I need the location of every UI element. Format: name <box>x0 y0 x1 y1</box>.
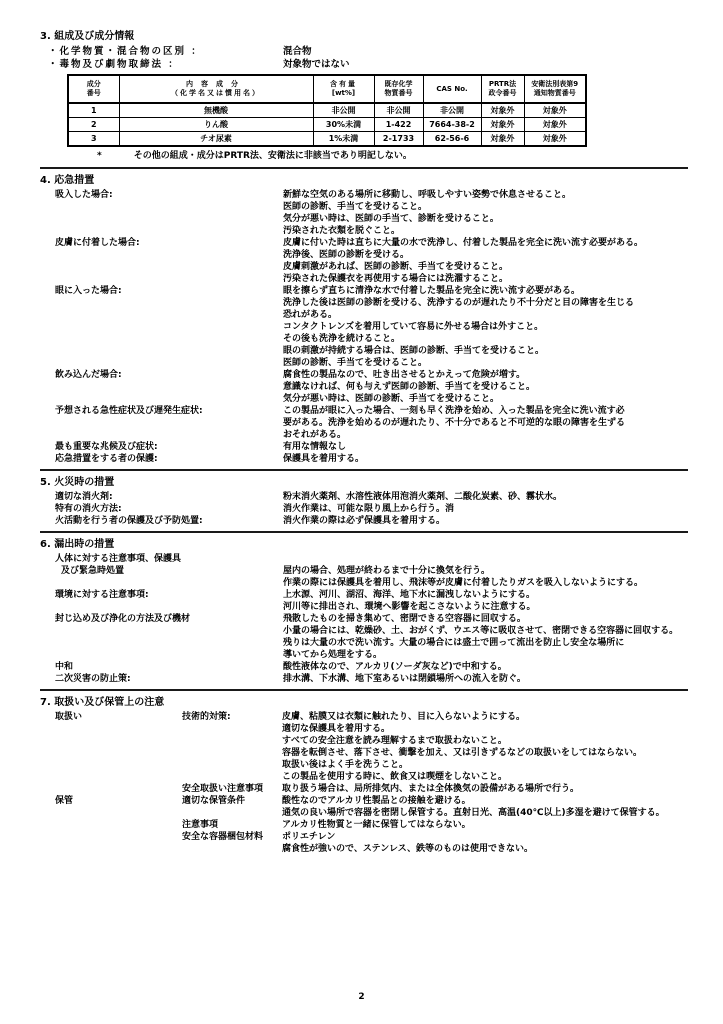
content-line: 意識なければ、何も与えず医師の診断、手当てを受けること。 <box>283 381 688 393</box>
content-line: 気分が悪い時は、医師の診断、手当てを受けること。 <box>283 393 688 405</box>
handling-category <box>40 831 182 855</box>
handling-row: 保管適切な保管条件酸性なのでアルカリ性製品との接触を避ける。通気の良い場所で容器… <box>40 795 688 819</box>
content-line: すべての安全注意を読み理解するまで取扱わないこと。 <box>282 735 688 747</box>
content-line: おそれがある。 <box>283 429 688 441</box>
header-line-1: 含有量 <box>314 80 374 89</box>
field-row: 人体に対する注意事項、保護具 <box>40 553 688 565</box>
field-label: 火活動を行う者の保護及び予防処置: <box>40 515 283 527</box>
handling-row: 注意事項アルカリ性物質と一緒に保管してはならない。 <box>40 819 688 831</box>
section-divider <box>40 531 688 533</box>
field-row: 眼に入った場合:眼を擦らず直ちに清浄な水で付着した製品を完全に洗い流す必要がある… <box>40 285 688 369</box>
content-line: 保護具を着用する。 <box>283 453 688 465</box>
composition-table-body: 1無機酸非公開非公開非公開対象外対象外2りん酸30%未満1-4227664-38… <box>68 103 586 146</box>
field-label: 環境に対する注意事項: <box>40 589 283 613</box>
handling-content: ポリエチレン腐食性が強いので、ステンレス、鉄等のものは使用できない。 <box>282 831 688 855</box>
table-cell: 2-1733 <box>374 132 423 147</box>
table-cell: 3 <box>68 132 119 147</box>
content-line: 取り扱う場合は、局所排気内、または全体換気の設備がある場所で行う。 <box>282 783 688 795</box>
handling-content: 酸性なのでアルカリ性製品との接触を避ける。通気の良い場所で容器を密閉し保管する。… <box>282 795 688 819</box>
field-content: 上水源、河川、湖沼、海洋、地下水に漏洩しないようにする。河川等に排出され、環境へ… <box>283 589 688 613</box>
content-line: 残りは大量の水で洗い流す。大量の場合には盛土で囲って流出を防止し安全な場所に <box>283 637 688 649</box>
content-line: 洗浄後、医師の診断を受ける。 <box>283 249 688 261</box>
handling-content: 皮膚、粘膜又は衣類に触れたり、目に入らないようにする。適切な保護具を着用する。す… <box>282 711 688 783</box>
field-value: 対象物ではない <box>283 58 350 71</box>
field-label: 特有の消火方法: <box>40 503 283 515</box>
field-label: 二次災害の防止策: <box>40 673 283 685</box>
field-label: 吸入した場合: <box>40 189 283 237</box>
section-accidental-release: 6. 漏出時の措置 人体に対する注意事項、保護具及び緊急時処置屋内の場合、処理が… <box>40 538 688 685</box>
content-line: 作業の際には保護具を着用し、飛沫等が皮膚に付着したりガスを吸入しないようにする。 <box>283 577 688 589</box>
composition-fields: ・化学物質・混合物の区別 ：混合物・毒物及び劇物取締法 ：対象物ではない <box>40 45 688 71</box>
field-row: 予想される急性症状及び遅発生症状:この製品が眼に入った場合、一刻も早く洗浄を始め… <box>40 405 688 441</box>
composition-table-head-row: 成分番号内容成分（化学名又は慣用名）含有量[wt%]既存化学物質番号CAS No… <box>68 75 586 103</box>
header-line-2: 政令番号 <box>482 89 524 98</box>
composition-note-text: その他の組成・成分はPRTR法、安衛法に非該当であり明記しない。 <box>134 150 412 163</box>
field-row: 二次災害の防止策:排水溝、下水溝、地下室あるいは閉鎖場所への流入を防ぐ。 <box>40 673 688 685</box>
field-row: 吸入した場合:新鮮な空気のある場所に移動し、呼吸しやすい姿勢で休息させること。医… <box>40 189 688 237</box>
content-line: 眼を擦らず直ちに清浄な水で付着した製品を完全に洗い流す必要がある。 <box>283 285 688 297</box>
field-row: 火活動を行う者の保護及び予防処置:消火作業の際は必ず保護具を着用する。 <box>40 515 688 527</box>
content-line: 消火作業は、可能な限り風上から行う。消 <box>283 503 688 515</box>
field-content: 粉末消火薬剤、水溶性液体用泡消火薬剤、二酸化炭素、砂、霧状水。 <box>283 491 688 503</box>
content-line: 消火作業の際は必ず保護具を着用する。 <box>283 515 688 527</box>
sds-page: 3. 組成及び成分情報 ・化学物質・混合物の区別 ：混合物・毒物及び劇物取締法 … <box>0 0 723 1024</box>
field-row: 封じ込め及び浄化の方法及び機材飛散したものを掃き集めて、密閉できる空容器に回収す… <box>40 613 688 661</box>
table-cell: 2 <box>68 118 119 132</box>
content-line: 皮膚刺激があれば、医師の診断、手当てを受けること。 <box>283 261 688 273</box>
content-line: 腐食性が強いので、ステンレス、鉄等のものは使用できない。 <box>282 843 688 855</box>
table-cell: 対象外 <box>524 103 586 118</box>
content-line: 皮膚に付いた時は直ちに大量の水で洗浄し、付着した製品を完全に洗い流す必要がある。 <box>283 237 688 249</box>
handling-category: 取扱い <box>40 711 182 783</box>
table-cell: 30%未満 <box>313 118 374 132</box>
handling-row: 安全な容器梱包材料ポリエチレン腐食性が強いので、ステンレス、鉄等のものは使用でき… <box>40 831 688 855</box>
field-row: 適切な消火剤:粉末消火薬剤、水溶性液体用泡消火薬剤、二酸化炭素、砂、霧状水。 <box>40 491 688 503</box>
section7-rows: 取扱い技術的対策:皮膚、粘膜又は衣類に触れたり、目に入らないようにする。適切な保… <box>40 711 688 855</box>
content-line: 排水溝、下水溝、地下室あるいは閉鎖場所への流入を防ぐ。 <box>283 673 688 685</box>
content-line: 汚染された保護衣を再使用する場合には洗濯すること。 <box>283 273 688 285</box>
section4-rows: 吸入した場合:新鮮な空気のある場所に移動し、呼吸しやすい姿勢で休息させること。医… <box>40 189 688 465</box>
handling-category: 保管 <box>40 795 182 819</box>
field-row: ・化学物質・混合物の区別 ：混合物 <box>40 45 688 58</box>
composition-table-header-cell: 内容成分（化学名又は慣用名） <box>119 75 313 103</box>
field-content: 消火作業の際は必ず保護具を着用する。 <box>283 515 688 527</box>
section-fire-fighting-title: 5. 火災時の措置 <box>40 476 688 489</box>
table-cell: チオ尿素 <box>119 132 313 147</box>
content-line: この製品を使用する時に、飲食又は喫煙をしないこと。 <box>282 771 688 783</box>
table-cell: 1 <box>68 103 119 118</box>
content-line: 飛散したものを掃き集めて、密閉できる空容器に回収する。 <box>283 613 688 625</box>
field-content: 消火作業は、可能な限り風上から行う。消 <box>283 503 688 515</box>
field-content: 保護具を着用する。 <box>283 453 688 465</box>
content-line: この製品が眼に入った場合、一刻も早く洗浄を始め、入った製品を完全に洗い流す必 <box>283 405 688 417</box>
table-cell: 非公開 <box>423 103 481 118</box>
table-cell: 62-56-6 <box>423 132 481 147</box>
content-line: 酸性なのでアルカリ性製品との接触を避ける。 <box>282 795 688 807</box>
composition-table-header-cell: 安衛法別表第9通知物質番号 <box>524 75 586 103</box>
field-label: ・毒物及び劇物取締法 ： <box>40 58 283 71</box>
table-cell: 非公開 <box>313 103 374 118</box>
field-content: 皮膚に付いた時は直ちに大量の水で洗浄し、付着した製品を完全に洗い流す必要がある。… <box>283 237 688 285</box>
field-label: 飲み込んだ場合: <box>40 369 283 405</box>
page-number: 2 <box>0 992 723 1002</box>
field-row: 応急措置をする者の保護:保護具を着用する。 <box>40 453 688 465</box>
header-line-1: 既存化学 <box>375 80 423 89</box>
content-line: 医師の診断、手当てを受けること。 <box>283 357 688 369</box>
header-line-1: PRTR法 <box>482 80 524 89</box>
content-line: 小量の場合には、乾燥砂、土、おがくず、ウエス等に吸収させて、密閉できる空容器に回… <box>283 625 688 637</box>
section-divider <box>40 167 688 169</box>
field-row: ・毒物及び劇物取締法 ：対象物ではない <box>40 58 688 71</box>
table-cell: 非公開 <box>374 103 423 118</box>
handling-category <box>40 783 182 795</box>
content-line: 気分が悪い時は、医師の手当て、診断を受けること。 <box>283 213 688 225</box>
section-composition: 3. 組成及び成分情報 ・化学物質・混合物の区別 ：混合物・毒物及び劇物取締法 … <box>40 30 688 163</box>
content-line: 上水源、河川、湖沼、海洋、地下水に漏洩しないようにする。 <box>283 589 688 601</box>
content-line: 新鮮な空気のある場所に移動し、呼吸しやすい姿勢で休息させること。 <box>283 189 688 201</box>
table-cell: 1%未満 <box>313 132 374 147</box>
section-accidental-release-title: 6. 漏出時の措置 <box>40 538 688 551</box>
field-row: 環境に対する注意事項:上水源、河川、湖沼、海洋、地下水に漏洩しないようにする。河… <box>40 589 688 613</box>
field-label: 予想される急性症状及び遅発生症状: <box>40 405 283 441</box>
handling-category <box>40 819 182 831</box>
field-label: 適切な消火剤: <box>40 491 283 503</box>
header-line-2: 通知物質番号 <box>525 89 586 98</box>
composition-table-header-cell: 既存化学物質番号 <box>374 75 423 103</box>
composition-table: 成分番号内容成分（化学名又は慣用名）含有量[wt%]既存化学物質番号CAS No… <box>67 74 587 147</box>
table-cell: 1-422 <box>374 118 423 132</box>
table-cell: 対象外 <box>481 103 524 118</box>
header-line-2: （化学名又は慣用名） <box>120 89 313 98</box>
section-composition-title: 3. 組成及び成分情報 <box>40 30 688 43</box>
field-content: 眼を擦らず直ちに清浄な水で付着した製品を完全に洗い流す必要がある。洗浄した後は医… <box>283 285 688 369</box>
field-content <box>283 553 688 565</box>
content-line: 皮膚、粘膜又は衣類に触れたり、目に入らないようにする。 <box>282 711 688 723</box>
section-handling-storage-title: 7. 取扱い及び保管上の注意 <box>40 696 688 709</box>
field-content: 酸性液体なので、アルカリ(ソーダ灰など)で中和する。 <box>283 661 688 673</box>
header-line-1: 内容成分 <box>120 80 313 89</box>
field-content: 屋内の場合、処理が終わるまで十分に換気を行う。作業の際には保護具を着用し、飛沫等… <box>283 565 688 589</box>
handling-row: 取扱い技術的対策:皮膚、粘膜又は衣類に触れたり、目に入らないようにする。適切な保… <box>40 711 688 783</box>
section5-rows: 適切な消火剤:粉末消火薬剤、水溶性液体用泡消火薬剤、二酸化炭素、砂、霧状水。特有… <box>40 491 688 527</box>
handling-sublabel: 適切な保管条件 <box>182 795 282 819</box>
content-line: 医師の診断、手当てを受けること。 <box>283 201 688 213</box>
content-line: 汚染された衣類を脱ぐこと。 <box>283 225 688 237</box>
section-fire-fighting: 5. 火災時の措置 適切な消火剤:粉末消火薬剤、水溶性液体用泡消火薬剤、二酸化炭… <box>40 476 688 527</box>
handling-content: アルカリ性物質と一緒に保管してはならない。 <box>282 819 688 831</box>
section-divider <box>40 689 688 691</box>
section-first-aid-title: 4. 応急措置 <box>40 174 688 187</box>
field-row: 皮膚に付着した場合:皮膚に付いた時は直ちに大量の水で洗浄し、付着した製品を完全に… <box>40 237 688 285</box>
section6-rows: 人体に対する注意事項、保護具及び緊急時処置屋内の場合、処理が終わるまで十分に換気… <box>40 553 688 685</box>
content-line: 酸性液体なので、アルカリ(ソーダ灰など)で中和する。 <box>283 661 688 673</box>
field-label: 最も重要な兆候及び症状: <box>40 441 283 453</box>
field-label: 人体に対する注意事項、保護具 <box>40 553 283 565</box>
content-line: 屋内の場合、処理が終わるまで十分に換気を行う。 <box>283 565 688 577</box>
field-content: 飛散したものを掃き集めて、密閉できる空容器に回収する。小量の場合には、乾燥砂、土… <box>283 613 688 661</box>
header-line-2: 番号 <box>69 89 119 98</box>
field-label: 眼に入った場合: <box>40 285 283 369</box>
field-label: 応急措置をする者の保護: <box>40 453 283 465</box>
field-label: 中和 <box>40 661 283 673</box>
table-cell: りん酸 <box>119 118 313 132</box>
composition-table-header-cell: CAS No. <box>423 75 481 103</box>
section-divider <box>40 469 688 471</box>
table-cell: 対象外 <box>524 132 586 147</box>
content-line: 眼の刺激が持続する場合は、医師の診断、手当てを受けること。 <box>283 345 688 357</box>
field-label: 封じ込め及び浄化の方法及び機材 <box>40 613 283 661</box>
section-first-aid: 4. 応急措置 吸入した場合:新鮮な空気のある場所に移動し、呼吸しやすい姿勢で休… <box>40 174 688 465</box>
field-content: 新鮮な空気のある場所に移動し、呼吸しやすい姿勢で休息させること。医師の診断、手当… <box>283 189 688 237</box>
content-line: コンタクトレンズを着用していて容易に外せる場合は外すこと。 <box>283 321 688 333</box>
content-line: 取扱い後はよく手を洗うこと。 <box>282 759 688 771</box>
header-line-1: 安衛法別表第9 <box>525 80 586 89</box>
content-line: 恐れがある。 <box>283 309 688 321</box>
field-label: 及び緊急時処置 <box>40 565 283 589</box>
field-content: この製品が眼に入った場合、一刻も早く洗浄を始め、入った製品を完全に洗い流す必要が… <box>283 405 688 441</box>
field-row: 特有の消火方法:消火作業は、可能な限り風上から行う。消 <box>40 503 688 515</box>
content-line: 導いてから処理をする。 <box>283 649 688 661</box>
table-cell: 対象外 <box>524 118 586 132</box>
field-row: 最も重要な兆候及び症状:有用な情報なし <box>40 441 688 453</box>
handling-sublabel: 安全取扱い注意事項 <box>182 783 282 795</box>
header-line-1: 成分 <box>69 80 119 89</box>
content-line: 容器を転倒させ、落下させ、衝撃を加え、又は引きずるなどの取扱いをしてはならない。 <box>282 747 688 759</box>
content-line: 有用な情報なし <box>283 441 688 453</box>
content-line: ポリエチレン <box>282 831 688 843</box>
composition-table-header-cell: 含有量[wt%] <box>313 75 374 103</box>
header-line-2: 物質番号 <box>375 89 423 98</box>
content-line: 要がある。洗浄を始めるのが遅れたり、不十分であると不可逆的な眼の障害を生ずる <box>283 417 688 429</box>
content-line: その後も洗浄を続けること。 <box>283 333 688 345</box>
field-row: 中和酸性液体なので、アルカリ(ソーダ灰など)で中和する。 <box>40 661 688 673</box>
content-line: 腐食性の製品なので、吐き出させるとかえって危険が増す。 <box>283 369 688 381</box>
header-line-2: [wt%] <box>314 89 374 98</box>
content-line: 通気の良い場所で容器を密閉し保管する。直射日光、高温(40℃以上)多湿を避けて保… <box>282 807 688 819</box>
field-row: 飲み込んだ場合:腐食性の製品なので、吐き出させるとかえって危険が増す。意識なけれ… <box>40 369 688 405</box>
field-value: 混合物 <box>283 45 312 58</box>
handling-sublabel: 注意事項 <box>182 819 282 831</box>
content-line: アルカリ性物質と一緒に保管してはならない。 <box>282 819 688 831</box>
content-line: 河川等に排出され、環境へ影響を起こさないように注意する。 <box>283 601 688 613</box>
content-line: 適切な保護具を着用する。 <box>282 723 688 735</box>
table-row: 3チオ尿素1%未満2-173362-56-6対象外対象外 <box>68 132 586 147</box>
section-handling-storage: 7. 取扱い及び保管上の注意 取扱い技術的対策:皮膚、粘膜又は衣類に触れたり、目… <box>40 696 688 855</box>
field-content: 有用な情報なし <box>283 441 688 453</box>
content-line: 粉末消火薬剤、水溶性液体用泡消火薬剤、二酸化炭素、砂、霧状水。 <box>283 491 688 503</box>
field-row: 及び緊急時処置屋内の場合、処理が終わるまで十分に換気を行う。作業の際には保護具を… <box>40 565 688 589</box>
composition-note: * その他の組成・成分はPRTR法、安衛法に非該当であり明記しない。 <box>40 150 688 163</box>
table-cell: 対象外 <box>481 132 524 147</box>
header-line-1: CAS No. <box>424 85 481 94</box>
field-label: ・化学物質・混合物の区別 ： <box>40 45 283 58</box>
handling-row: 安全取扱い注意事項取り扱う場合は、局所排気内、または全体換気の設備がある場所で行… <box>40 783 688 795</box>
field-label: 皮膚に付着した場合: <box>40 237 283 285</box>
handling-content: 取り扱う場合は、局所排気内、または全体換気の設備がある場所で行う。 <box>282 783 688 795</box>
composition-note-mark: * <box>97 150 102 163</box>
table-cell: 対象外 <box>481 118 524 132</box>
table-cell: 無機酸 <box>119 103 313 118</box>
composition-table-header-cell: PRTR法政令番号 <box>481 75 524 103</box>
handling-sublabel: 技術的対策: <box>182 711 282 783</box>
table-cell: 7664-38-2 <box>423 118 481 132</box>
handling-sublabel: 安全な容器梱包材料 <box>182 831 282 855</box>
field-content: 排水溝、下水溝、地下室あるいは閉鎖場所への流入を防ぐ。 <box>283 673 688 685</box>
composition-table-header-cell: 成分番号 <box>68 75 119 103</box>
field-content: 腐食性の製品なので、吐き出させるとかえって危険が増す。意識なければ、何も与えず医… <box>283 369 688 405</box>
table-row: 2りん酸30%未満1-4227664-38-2対象外対象外 <box>68 118 586 132</box>
table-row: 1無機酸非公開非公開非公開対象外対象外 <box>68 103 586 118</box>
content-line: 洗浄した後は医師の診断を受ける、洗浄するのが遅れたり不十分だと目の障害を生じる <box>283 297 688 309</box>
